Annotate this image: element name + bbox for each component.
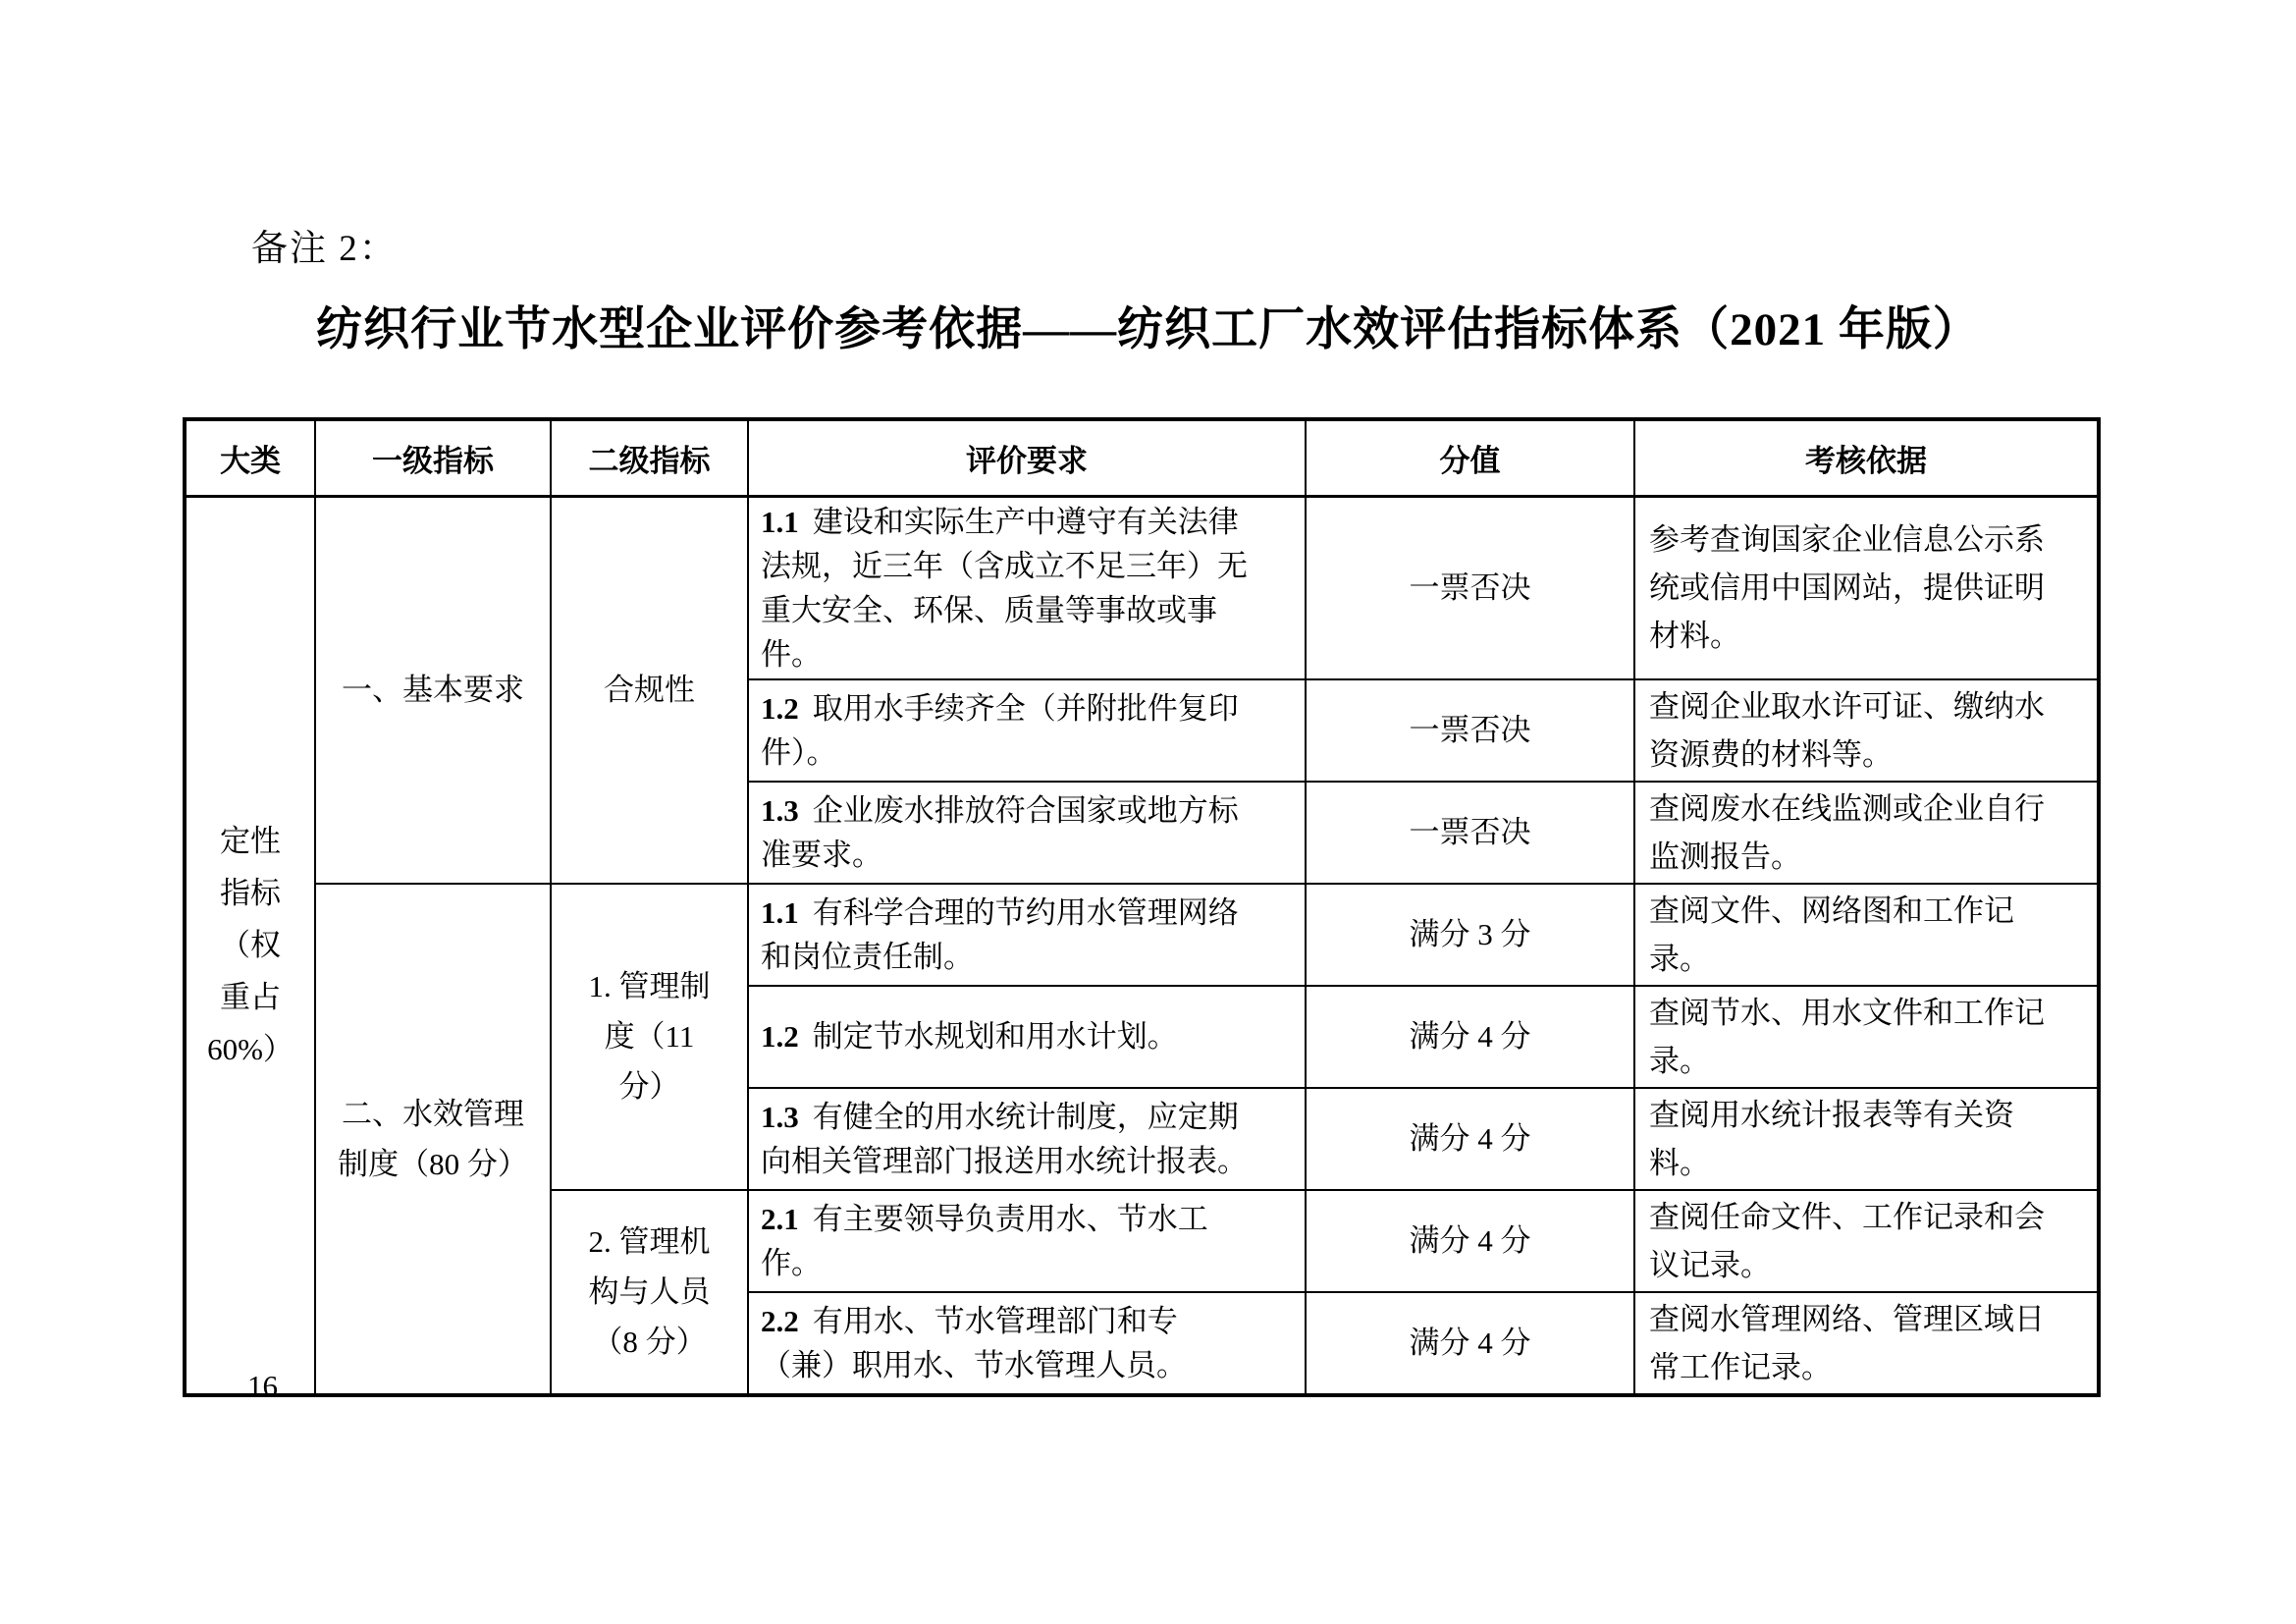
cell-level2-compliance: 合规性 <box>551 496 748 884</box>
cell-score: 满分 3 分 <box>1306 884 1634 986</box>
requirement-number: 1.2 <box>761 691 799 726</box>
header-level2: 二级指标 <box>551 419 748 496</box>
cell-level2-organization-personnel: 2. 管理机 构与人员 （8 分） <box>551 1190 748 1395</box>
cell-score: 一票否决 <box>1306 782 1634 884</box>
cell-basis: 查阅用水统计报表等有关资 料。 <box>1634 1088 2099 1190</box>
header-category: 大类 <box>185 419 315 496</box>
cell-basis: 查阅节水、用水文件和工作记 录。 <box>1634 986 2099 1088</box>
table-row: 二、水效管理 制度（80 分） 1. 管理制 度（11 分） 1.1有科学合理的… <box>185 884 2099 986</box>
requirement-text: 企业废水排放符合国家或地方标 准要求。 <box>761 793 1239 872</box>
cell-category: 定性 指标 （权 重占 60%） <box>185 496 315 1395</box>
requirement-number: 2.2 <box>761 1304 799 1338</box>
page-number: 16 <box>247 1369 278 1404</box>
cell-requirement: 2.1有主要领导负责用水、节水工 作。 <box>748 1190 1306 1292</box>
document-page: 备注 2： 纺织行业节水型企业评价参考依据——纺织工厂水效评估指标体系（2021… <box>0 0 2296 1624</box>
requirement-number: 2.1 <box>761 1202 799 1236</box>
requirement-number: 1.3 <box>761 1100 799 1134</box>
cell-score: 满分 4 分 <box>1306 1190 1634 1292</box>
document-title: 纺织行业节水型企业评价参考依据——纺织工厂水效评估指标体系（2021 年版） <box>0 293 2296 358</box>
evaluation-table: 大类 一级指标 二级指标 评价要求 分值 考核依据 定性 指标 （权 重占 60… <box>183 417 2101 1397</box>
requirement-number: 1.1 <box>761 895 799 930</box>
header-requirement: 评价要求 <box>748 419 1306 496</box>
cell-requirement: 1.3企业废水排放符合国家或地方标 准要求。 <box>748 782 1306 884</box>
cell-score: 满分 4 分 <box>1306 986 1634 1088</box>
cell-basis: 查阅水管理网络、管理区域日 常工作记录。 <box>1634 1292 2099 1395</box>
requirement-text: 有用水、节水管理部门和专 （兼）职用水、节水管理人员。 <box>761 1304 1187 1382</box>
cell-basis: 查阅任命文件、工作记录和会 议记录。 <box>1634 1190 2099 1292</box>
header-basis: 考核依据 <box>1634 419 2099 496</box>
cell-basis: 查阅企业取水许可证、缴纳水 资源费的材料等。 <box>1634 679 2099 782</box>
cell-level1-basic-requirements: 一、基本要求 <box>315 496 551 884</box>
table-header-row: 大类 一级指标 二级指标 评价要求 分值 考核依据 <box>185 419 2099 496</box>
cell-score: 一票否决 <box>1306 496 1634 679</box>
cell-level1-water-management: 二、水效管理 制度（80 分） <box>315 884 551 1395</box>
cell-basis: 查阅废水在线监测或企业自行 监测报告。 <box>1634 782 2099 884</box>
note-label: 备注 2： <box>251 218 398 271</box>
requirement-text: 建设和实际生产中遵守有关法律 法规，近三年（含成立不足三年）无 重大安全、环保、… <box>761 505 1248 672</box>
table-row: 定性 指标 （权 重占 60%） 一、基本要求 合规性 1.1建设和实际生产中遵… <box>185 496 2099 679</box>
cell-basis: 参考查询国家企业信息公示系 统或信用中国网站，提供证明 材料。 <box>1634 496 2099 679</box>
cell-level2-management-system: 1. 管理制 度（11 分） <box>551 884 748 1190</box>
cell-score: 满分 4 分 <box>1306 1088 1634 1190</box>
requirement-text: 制定节水规划和用水计划。 <box>813 1019 1178 1054</box>
requirement-number: 1.1 <box>761 505 799 539</box>
cell-score: 一票否决 <box>1306 679 1634 782</box>
cell-requirement: 2.2有用水、节水管理部门和专 （兼）职用水、节水管理人员。 <box>748 1292 1306 1395</box>
header-score: 分值 <box>1306 419 1634 496</box>
cell-requirement: 1.2制定节水规划和用水计划。 <box>748 986 1306 1088</box>
cell-basis: 查阅文件、网络图和工作记 录。 <box>1634 884 2099 986</box>
requirement-text: 有主要领导负责用水、节水工 作。 <box>761 1202 1208 1280</box>
requirement-number: 1.3 <box>761 793 799 828</box>
requirement-text: 有科学合理的节约用水管理网络 和岗位责任制。 <box>761 895 1239 974</box>
cell-requirement: 1.3有健全的用水统计制度，应定期 向相关管理部门报送用水统计报表。 <box>748 1088 1306 1190</box>
cell-requirement: 1.2取用水手续齐全（并附批件复印 件）。 <box>748 679 1306 782</box>
cell-score: 满分 4 分 <box>1306 1292 1634 1395</box>
cell-requirement: 1.1有科学合理的节约用水管理网络 和岗位责任制。 <box>748 884 1306 986</box>
requirement-number: 1.2 <box>761 1019 799 1054</box>
requirement-text: 有健全的用水统计制度，应定期 向相关管理部门报送用水统计报表。 <box>761 1100 1248 1178</box>
requirement-text: 取用水手续齐全（并附批件复印 件）。 <box>761 691 1239 770</box>
cell-requirement: 1.1建设和实际生产中遵守有关法律 法规，近三年（含成立不足三年）无 重大安全、… <box>748 496 1306 679</box>
header-level1: 一级指标 <box>315 419 551 496</box>
